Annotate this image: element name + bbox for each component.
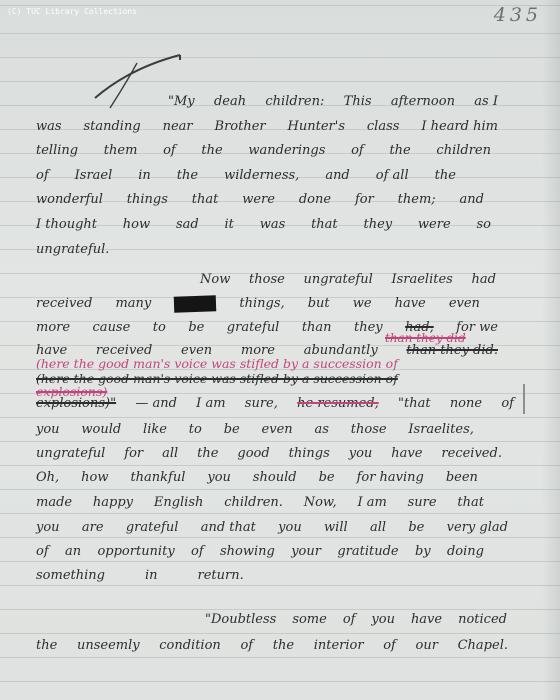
- text-line: tellingthemofthewanderingsofthechildren: [36, 143, 491, 159]
- word: happy: [93, 495, 133, 511]
- word: as: [315, 422, 329, 438]
- word: be: [408, 520, 424, 536]
- word: an: [65, 544, 81, 560]
- word: wonderful: [36, 192, 103, 208]
- word: deah: [214, 94, 246, 110]
- word: children: [436, 143, 491, 159]
- word: all: [162, 446, 178, 462]
- word: it: [225, 217, 234, 233]
- word: grateful: [126, 520, 179, 536]
- word: you: [207, 470, 231, 486]
- word: we: [353, 296, 372, 312]
- word: Brother: [215, 119, 266, 135]
- word: thankful: [130, 470, 185, 486]
- word: that: [311, 217, 338, 233]
- word: of: [163, 143, 176, 159]
- text-line: explosions)"— andI amsure,he resumed,"th…: [36, 396, 514, 412]
- word: them: [104, 143, 138, 159]
- word: interior: [314, 638, 364, 654]
- manuscript-page: (C) TUC Library Collections 435 "Mydeahc…: [0, 0, 560, 700]
- word: were: [242, 192, 275, 208]
- word: how: [123, 217, 150, 233]
- word: been: [446, 470, 478, 486]
- word: "My: [168, 94, 195, 110]
- text-line: madehappyEnglishchildren.Now,I amsuretha…: [36, 495, 484, 511]
- word: for: [355, 192, 374, 208]
- word: cause: [93, 320, 131, 336]
- word: something: [36, 568, 105, 584]
- word: wanderings: [248, 143, 325, 159]
- word: the: [177, 168, 198, 184]
- word: done: [299, 192, 331, 208]
- text-line: wonderfulthingsthatweredoneforthem;and: [36, 192, 484, 208]
- word: sure,: [245, 396, 278, 412]
- word: and that: [201, 520, 256, 536]
- text-line: ofIsraelinthewilderness,andof allthe: [36, 168, 456, 184]
- word: you: [278, 520, 302, 536]
- word: in: [145, 568, 158, 584]
- word: This: [344, 94, 372, 110]
- word: of: [343, 612, 356, 628]
- word: for having: [357, 470, 424, 486]
- word: how: [81, 470, 108, 486]
- text-line: ungrateful.: [36, 242, 546, 258]
- word: by: [415, 544, 431, 560]
- word: I heard him: [421, 119, 498, 135]
- word: made: [36, 495, 72, 511]
- word: have: [395, 296, 426, 312]
- word: ungrateful: [303, 272, 372, 288]
- word: those: [249, 272, 285, 288]
- text-line: Oh,howthankfulyoushouldbefor havingbeen: [36, 470, 478, 486]
- word: noticed: [458, 612, 507, 628]
- word: of: [383, 638, 396, 654]
- word: so: [476, 217, 491, 233]
- word: good: [237, 446, 269, 462]
- text-line: ungratefulforallthegoodthingsyouhaverece…: [36, 446, 502, 462]
- word: things: [289, 446, 330, 462]
- word: afternoon: [391, 94, 455, 110]
- word: Oh,: [36, 470, 59, 486]
- word: of: [36, 168, 49, 184]
- word: gratitude: [337, 544, 398, 560]
- word: ungrateful.: [36, 242, 109, 258]
- word: the: [389, 143, 410, 159]
- word: be: [224, 422, 240, 438]
- word: near: [163, 119, 193, 135]
- word: "that: [398, 396, 431, 412]
- word: even: [262, 422, 293, 438]
- word: your: [291, 544, 321, 560]
- word: Now: [200, 272, 230, 288]
- copyright-watermark: (C) TUC Library Collections: [7, 7, 137, 16]
- text-line: receivedmanythings,butwehaveeven: [36, 296, 480, 312]
- word: they: [363, 217, 392, 233]
- word: children.: [224, 495, 283, 511]
- text-line: youaregratefuland thatyouwillallbevery g…: [36, 520, 508, 536]
- word: than: [302, 320, 332, 336]
- word: I am: [357, 495, 386, 511]
- word: more: [36, 320, 70, 336]
- word: opportunity: [97, 544, 174, 560]
- word: to: [189, 422, 202, 438]
- word: things,: [239, 296, 284, 312]
- word: all: [370, 520, 386, 536]
- word: of: [501, 396, 514, 412]
- word: of: [191, 544, 204, 560]
- word: would: [81, 422, 121, 438]
- word: explosions)": [36, 396, 116, 412]
- word: the: [36, 638, 57, 654]
- word: Israelites: [391, 272, 452, 288]
- text-line: ofanopportunityofshowingyourgratitudebyd…: [36, 544, 484, 560]
- word: have: [411, 612, 442, 628]
- word: them;: [398, 192, 436, 208]
- word: (here the good man's voice was stifled b…: [36, 356, 398, 372]
- word: Hunter's: [288, 119, 345, 135]
- page-edge-shadow: [542, 0, 560, 700]
- word: you: [349, 446, 373, 462]
- word: Israelites,: [408, 422, 474, 438]
- word: received: [36, 296, 92, 312]
- folio-number: 435: [494, 4, 542, 26]
- word: "Doubtless: [205, 612, 276, 628]
- word: be: [188, 320, 204, 336]
- word: showing: [220, 544, 275, 560]
- word: but: [308, 296, 330, 312]
- word: none: [450, 396, 482, 412]
- word: the: [273, 638, 294, 654]
- word: that: [457, 495, 484, 511]
- word: and: [460, 192, 484, 208]
- word: sure: [408, 495, 437, 511]
- word: some: [292, 612, 327, 628]
- word: Chapel.: [458, 638, 508, 654]
- word: many: [115, 296, 151, 312]
- word: I am: [196, 396, 225, 412]
- word: sad: [176, 217, 199, 233]
- word: was: [260, 217, 286, 233]
- word: standing: [83, 119, 140, 135]
- redaction-block: [174, 295, 217, 312]
- word: I thought: [36, 217, 97, 233]
- word: that: [192, 192, 219, 208]
- word: return.: [198, 568, 244, 584]
- text-line: NowthoseungratefulIsraeliteshad: [200, 272, 496, 288]
- word: have: [391, 446, 422, 462]
- text-line: "Doubtlesssomeofyouhavenoticed: [205, 612, 507, 628]
- word: to: [153, 320, 166, 336]
- word: they: [354, 320, 383, 336]
- word: will: [324, 520, 348, 536]
- word: telling: [36, 143, 78, 159]
- word: even: [449, 296, 480, 312]
- word: of all: [376, 168, 409, 184]
- word: in: [138, 168, 151, 184]
- word: Now,: [304, 495, 337, 511]
- word: you: [36, 422, 60, 438]
- word: and: [325, 168, 349, 184]
- word: grateful: [227, 320, 280, 336]
- word: unseemly: [77, 638, 140, 654]
- word: were: [418, 217, 451, 233]
- word: those: [351, 422, 387, 438]
- word: things: [127, 192, 168, 208]
- word: the: [201, 143, 222, 159]
- word: he resumed,: [297, 396, 379, 412]
- word: are: [82, 520, 104, 536]
- word: the: [435, 168, 456, 184]
- text-line: theunseemlyconditionoftheinteriorofourCh…: [36, 638, 508, 654]
- word: of: [240, 638, 253, 654]
- text-line: I thoughthowsaditwasthattheywereso: [36, 217, 491, 233]
- word: the: [197, 446, 218, 462]
- word: of: [351, 143, 364, 159]
- word: for: [124, 446, 143, 462]
- word: you: [36, 520, 60, 536]
- word: very glad: [447, 520, 508, 536]
- word: condition: [159, 638, 221, 654]
- red-insertion-line: (here the good man's voice was stifled b…: [36, 356, 506, 372]
- word: children:: [265, 94, 324, 110]
- word: be: [319, 470, 335, 486]
- word: of: [36, 544, 49, 560]
- margin-mark: [523, 384, 525, 414]
- text-line: wasstandingnearBrotherHunter'sclassI hea…: [36, 119, 498, 135]
- word: received.: [441, 446, 502, 462]
- word: had: [472, 272, 496, 288]
- text-line: youwouldliketobeevenasthoseIsraelites,: [36, 422, 474, 438]
- word: wilderness,: [224, 168, 299, 184]
- word: doing: [447, 544, 484, 560]
- word: English: [154, 495, 204, 511]
- word: you: [371, 612, 395, 628]
- word: should: [253, 470, 297, 486]
- word: — and: [135, 396, 177, 412]
- word: like: [143, 422, 167, 438]
- word: our: [416, 638, 438, 654]
- word: was: [36, 119, 62, 135]
- word: Israel: [75, 168, 113, 184]
- word: class: [367, 119, 400, 135]
- word: ungrateful: [36, 446, 105, 462]
- word: as I: [474, 94, 498, 110]
- text-line: somethinginreturn.: [36, 568, 546, 584]
- text-line: "Mydeahchildren:Thisafternoonas I: [168, 94, 498, 110]
